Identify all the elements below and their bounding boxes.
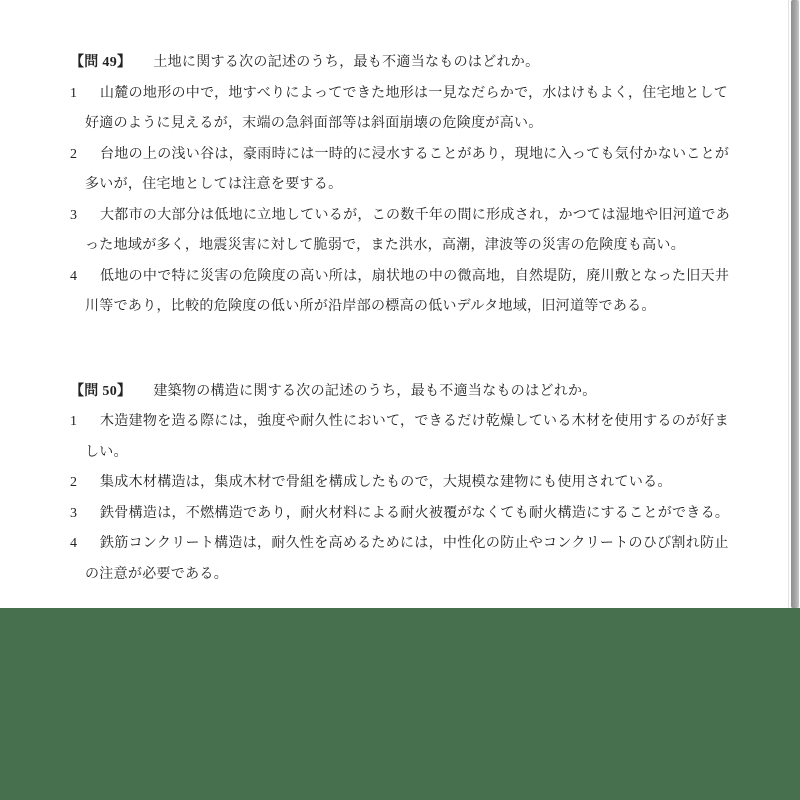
question-49-header: 【問 49】土地に関する次の記述のうち，最も不適当なものはどれか。 bbox=[70, 48, 742, 79]
option-text: 低地の中で特に災害の危険度の高い所は，扇状地の中の微高地，自然堤防，廃川敷となっ… bbox=[100, 269, 729, 284]
option-line: 4低地の中で特に災害の危険度の高い所は，扇状地の中の微高地，自然堤防，廃川敷とな… bbox=[70, 262, 742, 293]
option-text-continuation: しい。 bbox=[70, 438, 742, 469]
question-49-option-4: 4低地の中で特に災害の危険度の高い所は，扇状地の中の微高地，自然堤防，廃川敷とな… bbox=[70, 262, 742, 323]
option-text: 集成木材構造は，集成木材で骨組を構成したもので，大規模な建物にも使用されている。 bbox=[100, 475, 672, 490]
question-50-header: 【問 50】建築物の構造に関する次の記述のうち，最も不適当なものはどれか。 bbox=[70, 377, 742, 408]
question-50-number: 【問 50】 bbox=[70, 384, 131, 399]
option-number: 3 bbox=[70, 499, 100, 530]
option-number: 1 bbox=[70, 79, 100, 110]
document-page: 【問 49】土地に関する次の記述のうち，最も不適当なものはどれか。 1山麓の地形… bbox=[0, 0, 800, 608]
scrollbar-thumb[interactable] bbox=[791, 0, 799, 608]
question-50-option-3: 3鉄骨構造は，不燃構造であり，耐火材料による耐火被覆がなくても耐火構造にすること… bbox=[70, 499, 742, 530]
scrollbar[interactable] bbox=[788, 0, 800, 608]
option-text: 鉄筋コンクリート構造は，耐久性を高めるためには，中性化の防止やコンクリートのひび… bbox=[100, 536, 729, 551]
option-number: 2 bbox=[70, 140, 100, 171]
option-line: 3鉄骨構造は，不燃構造であり，耐火材料による耐火被覆がなくても耐火構造にすること… bbox=[70, 499, 742, 530]
question-50-prompt: 建築物の構造に関する次の記述のうち，最も不適当なものはどれか。 bbox=[153, 384, 596, 399]
document-content: 【問 49】土地に関する次の記述のうち，最も不適当なものはどれか。 1山麓の地形… bbox=[0, 0, 800, 590]
option-text: 台地の上の浅い谷は，豪雨時には一時的に浸水することがあり，現地に入っても気付かな… bbox=[100, 147, 729, 162]
option-line: 2集成木材構造は，集成木材で骨組を構成したもので，大規模な建物にも使用されている… bbox=[70, 468, 742, 499]
question-50-option-1: 1木造建物を造る際には，強度や耐久性において，できるだけ乾燥している木材を使用す… bbox=[70, 407, 742, 468]
option-text-continuation: 好適のように見えるが，末端の急斜面部等は斜面崩壊の危険度が高い。 bbox=[70, 109, 742, 140]
option-text: 鉄骨構造は，不燃構造であり，耐火材料による耐火被覆がなくても耐火構造にすることが… bbox=[100, 506, 729, 521]
option-text-continuation: 川等であり，比較的危険度の低い所が沿岸部の標高の低いデルタ地域，旧河道等である。 bbox=[70, 292, 742, 323]
question-50: 【問 50】建築物の構造に関する次の記述のうち，最も不適当なものはどれか。 1木… bbox=[70, 377, 742, 591]
option-text: 山麓の地形の中で，地すべりによってできた地形は一見なだらかで，水はけもよく，住宅… bbox=[100, 86, 728, 101]
question-49-number: 【問 49】 bbox=[70, 55, 131, 70]
question-50-option-2: 2集成木材構造は，集成木材で骨組を構成したもので，大規模な建物にも使用されている… bbox=[70, 468, 742, 499]
question-49-prompt: 土地に関する次の記述のうち，最も不適当なものはどれか。 bbox=[153, 55, 539, 70]
option-text-continuation: の注意が必要である。 bbox=[70, 560, 742, 591]
option-line: 2台地の上の浅い谷は，豪雨時には一時的に浸水することがあり，現地に入っても気付か… bbox=[70, 140, 742, 171]
option-number: 2 bbox=[70, 468, 100, 499]
option-line: 3大都市の大部分は低地に立地しているが，この数千年の間に形成され，かつては湿地や… bbox=[70, 201, 742, 232]
option-number: 3 bbox=[70, 201, 100, 232]
viewer-background: 【問 49】土地に関する次の記述のうち，最も不適当なものはどれか。 1山麓の地形… bbox=[0, 0, 800, 800]
question-49-option-2: 2台地の上の浅い谷は，豪雨時には一時的に浸水することがあり，現地に入っても気付か… bbox=[70, 140, 742, 201]
option-number: 4 bbox=[70, 529, 100, 560]
option-line: 4鉄筋コンクリート構造は，耐久性を高めるためには，中性化の防止やコンクリートのひ… bbox=[70, 529, 742, 560]
question-49: 【問 49】土地に関する次の記述のうち，最も不適当なものはどれか。 1山麓の地形… bbox=[70, 48, 742, 323]
question-49-option-1: 1山麓の地形の中で，地すべりによってできた地形は一見なだらかで，水はけもよく，住… bbox=[70, 79, 742, 140]
option-text: 大都市の大部分は低地に立地しているが，この数千年の間に形成され，かつては湿地や旧… bbox=[100, 208, 730, 223]
question-49-option-3: 3大都市の大部分は低地に立地しているが，この数千年の間に形成され，かつては湿地や… bbox=[70, 201, 742, 262]
option-text: 木造建物を造る際には，強度や耐久性において，できるだけ乾燥している木材を使用する… bbox=[100, 414, 729, 429]
option-text-continuation: った地域が多く，地震災害に対して脆弱で，また洪水，高潮，津波等の災害の危険度も高… bbox=[70, 231, 742, 262]
option-number: 4 bbox=[70, 262, 100, 293]
question-50-option-4: 4鉄筋コンクリート構造は，耐久性を高めるためには，中性化の防止やコンクリートのひ… bbox=[70, 529, 742, 590]
option-line: 1山麓の地形の中で，地すべりによってできた地形は一見なだらかで，水はけもよく，住… bbox=[70, 79, 742, 110]
option-line: 1木造建物を造る際には，強度や耐久性において，できるだけ乾燥している木材を使用す… bbox=[70, 407, 742, 438]
option-number: 1 bbox=[70, 407, 100, 438]
option-text-continuation: 多いが，住宅地としては注意を要する。 bbox=[70, 170, 742, 201]
